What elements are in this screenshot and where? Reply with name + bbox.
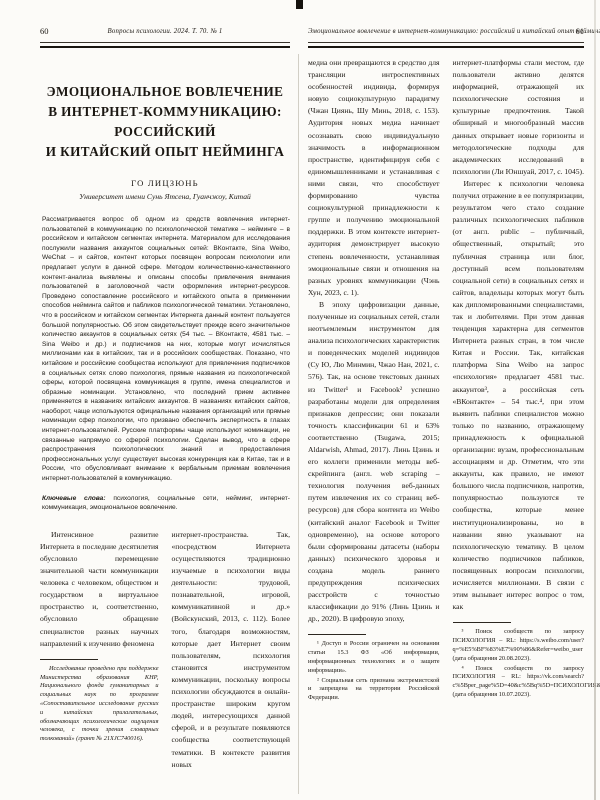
- abstract-text: Рассматривается вопрос об одном из средс…: [42, 215, 290, 484]
- footnote-2: ² Социальная сеть признана экстремистско…: [308, 677, 440, 703]
- header-rule: [40, 42, 290, 48]
- keywords-label: Ключевые слова:: [42, 495, 106, 502]
- body-paragraph: интернет-платформы стали местом, где пол…: [453, 57, 585, 178]
- author-affiliation: Университет имени Сунь Ятсена, Гуанчжоу,…: [40, 192, 290, 201]
- registration-mark: [296, 0, 303, 9]
- body-paragraph: В эпоху цифровизации данные, полученные …: [308, 299, 440, 626]
- footnote-3: ³ Поиск сообществ по запросу ПСИХОЛОГИЯ …: [453, 628, 585, 663]
- scan-edge-shadow: [594, 0, 596, 800]
- column-1: Интенсивное развитие Интернета в последн…: [40, 529, 159, 771]
- body-paragraph: медиа они превращаются в средство для тр…: [308, 57, 440, 299]
- article-title-line-3: И КИТАЙСКИЙ ОПЫТ НЕЙМИНГА: [40, 142, 290, 162]
- article-title-line-2: В ИНТЕРНЕТ-КОММУНИКАЦИЮ: РОССИЙСКИЙ: [40, 102, 290, 142]
- journal-spread: 60 Вопросы психологии. 2024. Т. 70. № 1 …: [0, 0, 600, 800]
- two-column-body: медиа они превращаются в средство для тр…: [308, 57, 584, 703]
- page-60: 60 Вопросы психологии. 2024. Т. 70. № 1 …: [0, 0, 300, 800]
- body-paragraph: Интерес к психологии человека получил от…: [453, 178, 585, 613]
- footnote-4: ⁴ Поиск сообществ по запросу ПСИХОЛОГИЯ …: [453, 665, 585, 700]
- body-paragraph: Интенсивное развитие Интернета в последн…: [40, 529, 159, 650]
- footnote-rule: [453, 622, 511, 623]
- article-title-line-1: ЭМОЦИОНАЛЬНОЕ ВОВЛЕЧЕНИЕ: [40, 82, 290, 102]
- running-header-left: 60 Вопросы психологии. 2024. Т. 70. № 1: [40, 26, 290, 39]
- header-rule: [308, 42, 584, 48]
- footnote-rule: [40, 659, 98, 660]
- two-column-body: Интенсивное развитие Интернета в последн…: [40, 529, 290, 771]
- body-paragraph: интернет-пространства. Так, «посредством…: [172, 529, 291, 771]
- article-running-title: Эмоциональное вовлечение в интернет-комм…: [308, 28, 584, 35]
- footnote-rule: [308, 634, 366, 635]
- running-header-right: Эмоциональное вовлечение в интернет-комм…: [308, 26, 584, 39]
- article-title: ЭМОЦИОНАЛЬНОЕ ВОВЛЕЧЕНИЕ В ИНТЕРНЕТ-КОММ…: [40, 82, 290, 162]
- grant-footnote: Исследование проведено при поддержке Мин…: [40, 665, 159, 744]
- journal-title: Вопросы психологии. 2024. Т. 70. № 1: [40, 28, 290, 35]
- column-1: медиа они превращаются в средство для тр…: [308, 57, 440, 703]
- column-2: интернет-платформы стали местом, где пол…: [453, 57, 585, 703]
- page-gutter-line: [298, 54, 299, 794]
- footnote-1: ¹ Доступ в России ограничен на основании…: [308, 640, 440, 675]
- page-61: Эмоциональное вовлечение в интернет-комм…: [300, 0, 600, 800]
- page-number: 61: [576, 26, 585, 36]
- author-name: ГО ЛИЦЗЮНЬ: [40, 178, 290, 188]
- column-2: интернет-пространства. Так, «посредством…: [172, 529, 291, 771]
- keywords-block: Ключевые слова: психология, социальные с…: [42, 494, 290, 513]
